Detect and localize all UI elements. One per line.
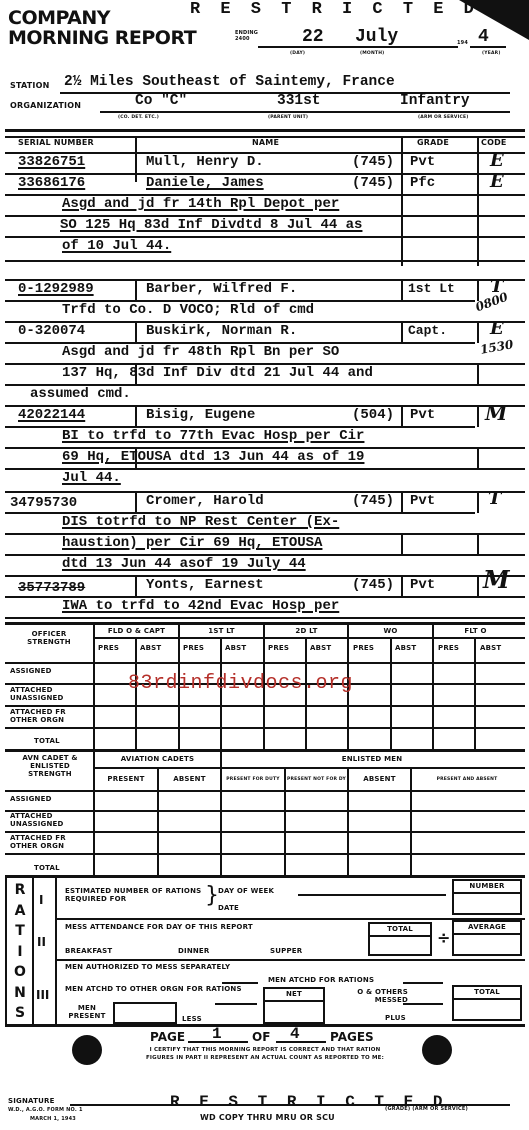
soldier-name: Cromer, Harold bbox=[146, 493, 264, 509]
mos-code: (504) bbox=[352, 407, 394, 423]
remark-line: Trfd to Co. D VOCO; Rld of cmd bbox=[62, 302, 314, 318]
divider bbox=[432, 622, 434, 749]
serial-number: 33686176 bbox=[18, 175, 85, 191]
certification-text: I CERTIFY THAT THIS MORNING REPORT IS CO… bbox=[140, 1047, 390, 1062]
signature-label: SIGNATURE bbox=[8, 1097, 55, 1105]
divider bbox=[135, 321, 137, 343]
divider bbox=[401, 491, 403, 513]
organization-label: ORGANIZATION bbox=[10, 102, 81, 110]
serial-number: 34795730 bbox=[10, 495, 77, 511]
remark-line: SO 125 Hq 83d Inf Divdtd 8 Jul 44 as bbox=[60, 217, 362, 233]
men-atchd-other-line bbox=[215, 1003, 257, 1005]
divider bbox=[477, 491, 479, 513]
row-attached-fr-other-orgn: ATTACHED FR OTHER ORGN bbox=[10, 834, 90, 850]
others-messed-label: O & OTHERS MESSED bbox=[338, 988, 408, 1004]
soldier-name: Barber, Wilfred F. bbox=[146, 281, 297, 297]
page-label: PAGE bbox=[150, 1030, 185, 1044]
report-month[interactable]: July bbox=[355, 27, 398, 47]
row-rule bbox=[5, 662, 525, 664]
divider bbox=[401, 321, 403, 343]
org-arm[interactable]: Infantry bbox=[400, 93, 470, 109]
roster-top-rule bbox=[5, 129, 525, 132]
org-arm-caption: (ARM OR SERVICE) bbox=[418, 115, 468, 120]
divider bbox=[477, 136, 479, 266]
subcol-abst: ABST bbox=[225, 644, 246, 652]
form-title: COMPANY MORNING REPORT bbox=[8, 8, 196, 48]
rations-total-label: TOTAL bbox=[454, 987, 520, 1000]
grade: Pvt bbox=[410, 493, 435, 509]
men-authorized-line bbox=[222, 982, 258, 984]
col-serial-number: SERIAL NUMBER bbox=[18, 139, 94, 147]
subcol-present: PRESENT bbox=[95, 769, 157, 789]
officer-strength-title: OFFICER STRENGTH bbox=[14, 630, 84, 646]
net-box[interactable]: NET bbox=[263, 987, 325, 1024]
divider bbox=[55, 875, 57, 1027]
row-attached-unassigned: ATTACHED UNASSIGNED bbox=[10, 686, 90, 702]
section-i-numeral: I bbox=[39, 893, 43, 907]
org-parent-unit[interactable]: 331st bbox=[277, 93, 321, 109]
year-underline bbox=[470, 46, 506, 48]
less-label: LESS bbox=[182, 1015, 202, 1023]
distribution-note: WD COPY THRU MRU OR SCU bbox=[200, 1114, 335, 1122]
average-box[interactable]: AVERAGE bbox=[452, 920, 522, 956]
dinner-label: DINNER bbox=[178, 947, 210, 955]
row-rule bbox=[5, 617, 525, 619]
divider bbox=[401, 279, 403, 301]
date-label: DATE bbox=[218, 904, 239, 912]
soldier-name: Buskirk, Norman R. bbox=[146, 323, 297, 339]
row-assigned: ASSIGNED bbox=[10, 795, 52, 803]
page-number-line bbox=[188, 1041, 248, 1043]
grade: Pvt bbox=[410, 407, 435, 423]
mess-total-box[interactable]: TOTAL bbox=[368, 922, 432, 956]
row-total: TOTAL bbox=[34, 864, 60, 872]
of-label: OF bbox=[252, 1030, 270, 1044]
serial-number: 42022144 bbox=[18, 407, 85, 423]
soldier-name: Daniele, James bbox=[146, 175, 264, 191]
enlisted-strength-title: AVN CADET & ENLISTED STRENGTH bbox=[10, 754, 90, 778]
remark-line: IWA to trfd to 42nd Evac Hosp per bbox=[62, 598, 339, 614]
supper-label: SUPPER bbox=[270, 947, 302, 955]
remark-line: dtd 13 Jun 44 asof 19 July 44 bbox=[62, 556, 306, 572]
day-of-week-line bbox=[298, 894, 446, 896]
soldier-name: Yonts, Earnest bbox=[146, 577, 264, 593]
serial-number: 33826751 bbox=[18, 154, 85, 170]
divider bbox=[93, 637, 525, 639]
subcol-present-not-for-duty: PRESENT NOT FOR DY bbox=[286, 769, 347, 789]
col-name: NAME bbox=[252, 139, 279, 147]
divider bbox=[5, 875, 7, 1027]
grade-caption: (GRADE) (ARM OR SERVICE) bbox=[385, 1106, 468, 1112]
remark-line: of 10 Jul 44. bbox=[62, 238, 171, 254]
row-attached-fr-other-orgn: ATTACHED FR OTHER ORGN bbox=[10, 708, 90, 724]
remark-line: 137 Hq, 83d Inf Div dtd 21 Jul 44 and bbox=[62, 365, 373, 381]
org-parent-caption: (PARENT UNIT) bbox=[268, 115, 308, 120]
divider bbox=[401, 136, 403, 266]
plus-label: PLUS bbox=[385, 1014, 406, 1022]
form-number: W.D., A.G.O. FORM NO. 1 bbox=[8, 1107, 83, 1113]
row-rule bbox=[5, 853, 525, 855]
divider bbox=[474, 637, 476, 749]
subcol-pres: PRES bbox=[438, 644, 459, 652]
subcol-pres: PRES bbox=[353, 644, 374, 652]
average-label: AVERAGE bbox=[454, 922, 520, 935]
grade: 1st Lt bbox=[408, 281, 455, 296]
number-box[interactable]: NUMBER bbox=[452, 879, 522, 915]
divider bbox=[135, 575, 137, 597]
handwritten-time: 0800 bbox=[474, 290, 510, 315]
number-box-label: NUMBER bbox=[454, 881, 520, 894]
remark-line: Asgd and jd fr 48th Rpl Bn per SO bbox=[62, 344, 339, 360]
row-rule bbox=[5, 727, 525, 729]
grade: Pfc bbox=[410, 175, 435, 191]
divider bbox=[93, 622, 95, 749]
mos-code: (745) bbox=[352, 175, 394, 191]
org-underline bbox=[100, 111, 510, 113]
station-value[interactable]: 2½ Miles Southeast of Saintemy, France bbox=[64, 74, 395, 90]
breakfast-label: BREAKFAST bbox=[65, 947, 112, 955]
men-present-label: MEN PRESENT bbox=[62, 1004, 112, 1020]
group-flt-o: FLT O bbox=[434, 627, 517, 635]
divider bbox=[477, 447, 479, 469]
enlisted-strength-top bbox=[5, 749, 525, 752]
remark-line: assumed cmd. bbox=[30, 386, 131, 402]
org-company[interactable]: Co "C" bbox=[135, 93, 187, 109]
subcol-present-for-duty: PRESENT FOR DUTY bbox=[222, 769, 284, 789]
status-code: E bbox=[490, 318, 504, 339]
subcol-abst: ABST bbox=[310, 644, 331, 652]
divider bbox=[477, 575, 479, 597]
section-iii-numeral: III bbox=[36, 988, 49, 1002]
subcol-absent: ABSENT bbox=[159, 769, 220, 789]
mos-code: (745) bbox=[352, 154, 394, 170]
serial-number: 35773789 bbox=[18, 580, 85, 596]
subcol-pres: PRES bbox=[183, 644, 204, 652]
pages-label: PAGES bbox=[330, 1030, 374, 1044]
soldier-name: Bisig, Eugene bbox=[146, 407, 255, 423]
binder-hole-right bbox=[422, 1035, 452, 1065]
row-rule bbox=[55, 959, 525, 961]
mos-code: (745) bbox=[352, 493, 394, 509]
form-date: MARCH 1, 1943 bbox=[30, 1116, 76, 1122]
subcol-abst: ABST bbox=[140, 644, 161, 652]
men-atchd-rations-line bbox=[403, 982, 443, 984]
day-caption: (DAY) bbox=[290, 51, 305, 56]
handwritten-time: 1530 bbox=[479, 337, 514, 357]
remark-line: Asgd and jd fr 14th Rpl Depot per bbox=[62, 196, 339, 212]
total-pages-line bbox=[276, 1041, 326, 1043]
row-rule bbox=[5, 831, 525, 833]
year-caption: (YEAR) bbox=[482, 51, 501, 56]
subcol-abst: ABST bbox=[480, 644, 501, 652]
subcol-present-and-absent: PRESENT AND ABSENT bbox=[412, 769, 522, 789]
report-year[interactable]: 4 bbox=[478, 27, 489, 47]
watermark: 83rdinfdivdocs.org bbox=[128, 672, 353, 695]
divider bbox=[401, 575, 403, 597]
remark-line: 69 Hq, ETOUSA dtd 13 Jun 44 as of 19 bbox=[62, 449, 364, 465]
form-title-line1: COMPANY bbox=[8, 8, 196, 28]
group-wo: WO bbox=[349, 627, 432, 635]
status-code: M bbox=[483, 565, 510, 594]
row-total: TOTAL bbox=[34, 737, 60, 745]
divider bbox=[477, 405, 479, 427]
ending-label: ENDING 2400 bbox=[235, 30, 257, 42]
status-code: M bbox=[485, 401, 507, 425]
date-underline bbox=[258, 46, 458, 48]
rations-side-label: R A T I O N S bbox=[12, 880, 28, 1024]
mess-total-label: TOTAL bbox=[370, 924, 430, 937]
remark-line: DIS totrfd to NP Rest Center (Ex- bbox=[62, 514, 339, 530]
station-label: STATION bbox=[10, 82, 50, 90]
men-authorized-label: MEN AUTHORIZED TO MESS SEPARATELY bbox=[65, 963, 265, 971]
group-2d-lt: 2D LT bbox=[265, 627, 348, 635]
rations-bottom bbox=[5, 1024, 525, 1027]
remark-line: Jul 44. bbox=[62, 470, 121, 486]
divider bbox=[477, 363, 479, 385]
group-1st-lt: 1ST LT bbox=[180, 627, 263, 635]
row-attached-unassigned: ATTACHED UNASSIGNED bbox=[10, 812, 90, 828]
mos-code: (745) bbox=[352, 577, 394, 593]
divider bbox=[477, 533, 479, 555]
subcol-absent-em: ABSENT bbox=[349, 769, 410, 789]
row-rule bbox=[5, 260, 525, 262]
subcol-abst: ABST bbox=[395, 644, 416, 652]
status-code: E bbox=[490, 171, 504, 192]
status-code: T bbox=[488, 488, 501, 509]
grade: Pvt bbox=[410, 577, 435, 593]
divider bbox=[477, 321, 479, 343]
group-fld-o-capt: FLD O & CAPT bbox=[95, 627, 178, 635]
restricted-banner-top: R E S T R I C T E D bbox=[190, 0, 479, 19]
divider bbox=[390, 637, 392, 749]
brace: } bbox=[205, 883, 219, 908]
subcol-pres: PRES bbox=[268, 644, 289, 652]
officer-strength-top bbox=[5, 622, 525, 625]
rations-total-box[interactable]: TOTAL bbox=[452, 985, 522, 1021]
section-i-label: ESTIMATED NUMBER OF RATIONS REQUIRED FOR bbox=[65, 887, 205, 903]
grade: Pvt bbox=[410, 154, 435, 170]
men-atchd-other-label: MEN ATCHD TO OTHER ORGN FOR RATIONS bbox=[65, 985, 255, 993]
subcol-pres: PRES bbox=[98, 644, 119, 652]
section-ii-numeral: II bbox=[37, 935, 46, 949]
form-title-line2: MORNING REPORT bbox=[8, 28, 196, 48]
row-rule bbox=[5, 575, 525, 577]
row-rule bbox=[5, 790, 525, 792]
net-label: NET bbox=[265, 989, 323, 1002]
binder-hole-left bbox=[72, 1035, 102, 1065]
divider bbox=[135, 279, 137, 301]
divide-icon: ÷ bbox=[437, 928, 450, 947]
divider bbox=[135, 405, 137, 427]
status-code: E bbox=[490, 150, 504, 171]
divider bbox=[477, 279, 479, 301]
divider bbox=[135, 491, 137, 513]
group-aviation-cadets: AVIATION CADETS bbox=[95, 755, 220, 763]
row-rule bbox=[5, 705, 525, 707]
divider bbox=[135, 136, 137, 182]
row-rule bbox=[5, 491, 525, 493]
divider bbox=[401, 405, 403, 427]
serial-number: 0-320074 bbox=[18, 323, 85, 339]
remark-line: BI to trfd to 77th Evac Hosp per Cir bbox=[62, 428, 364, 444]
day-of-week-label: DAY OF WEEK bbox=[218, 887, 274, 895]
men-present-box[interactable] bbox=[113, 1002, 177, 1024]
row-assigned: ASSIGNED bbox=[10, 667, 52, 675]
men-atchd-rations-label: MEN ATCHD FOR RATIONS bbox=[268, 976, 374, 984]
soldier-name: Mull, Henry D. bbox=[146, 154, 264, 170]
serial-number: 0-1292989 bbox=[18, 281, 94, 297]
divider bbox=[32, 875, 34, 1027]
remark-line: haustion) per Cir 69 Hq, ETOUSA bbox=[62, 535, 322, 551]
org-company-caption: (CO. DET. ETC.) bbox=[118, 115, 159, 120]
section-ii-label: MESS ATTENDANCE FOR DAY OF THIS REPORT bbox=[65, 923, 253, 931]
rations-top bbox=[5, 875, 525, 878]
col-code: CODE bbox=[481, 139, 507, 147]
grade: Capt. bbox=[408, 323, 447, 338]
month-caption: (MONTH) bbox=[360, 51, 384, 56]
report-day[interactable]: 22 bbox=[302, 27, 324, 47]
year-prefix: 194 bbox=[457, 40, 468, 46]
divider bbox=[401, 533, 403, 555]
others-messed-line bbox=[403, 1003, 443, 1005]
col-grade: GRADE bbox=[417, 139, 449, 147]
group-enlisted-men: ENLISTED MEN bbox=[222, 755, 522, 763]
